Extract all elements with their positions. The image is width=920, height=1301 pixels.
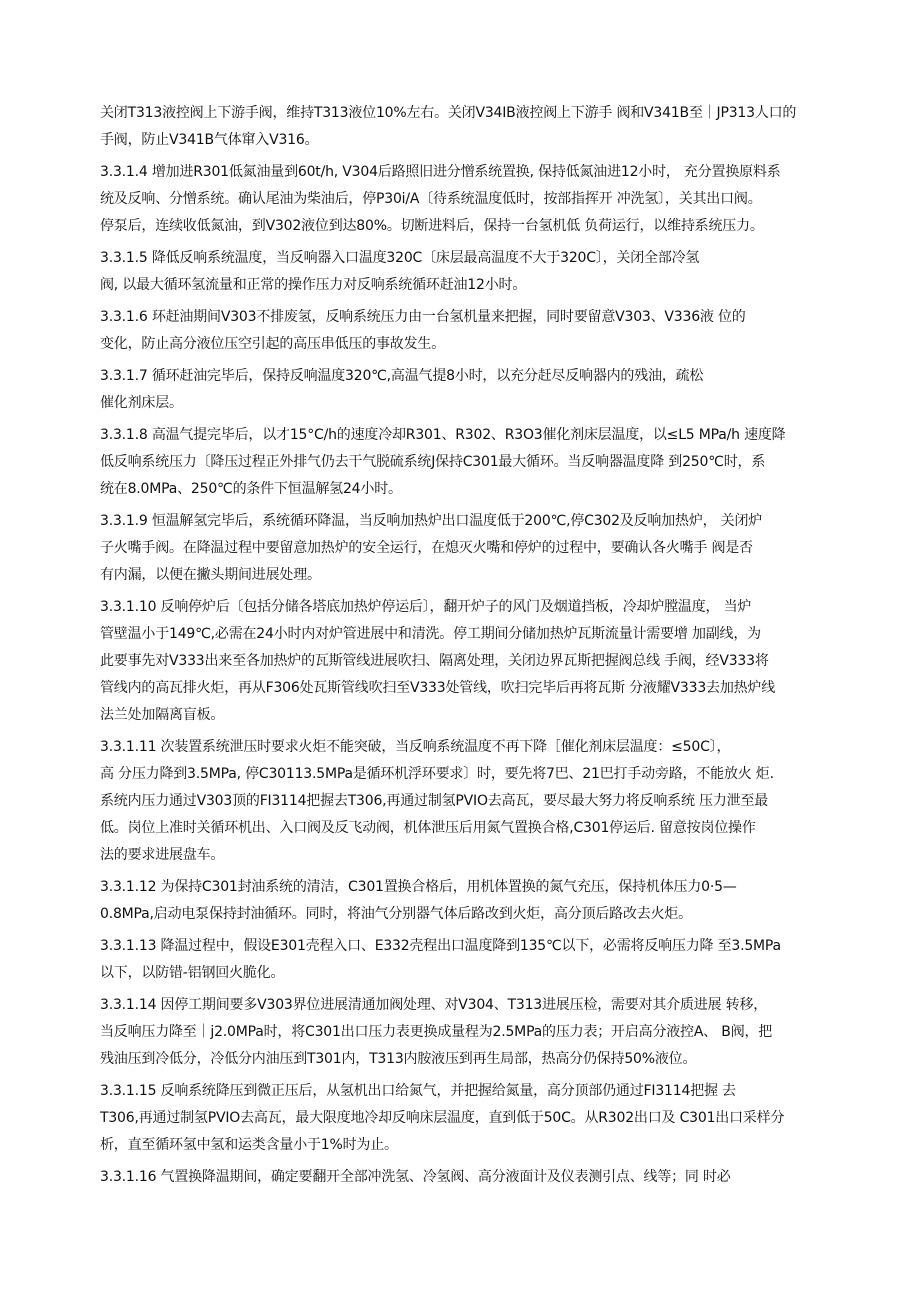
text-line: 3.3.1.16 气置换降温期间，确定要翻开全部冲洗氢、冷氢阀、高分液面计及仪表… — [100, 1164, 848, 1191]
paragraph-3-3-1-13: 3.3.1.13 降温过程中，假设E301壳程入口、E332壳程出口温度降到13… — [100, 933, 848, 987]
text-line: 3.3.1.15 反响系统降压到微正压后，从氢机出口给氮气，并把握给氮量，高分顶… — [100, 1078, 848, 1105]
paragraph-3-3-1-12: 3.3.1.12 为保持C301封油系统的清洁，C301置换合格后，用机体置换的… — [100, 874, 848, 928]
text-line: 当反响压力降至｜j2.0MPa时，将C301出口压力表更换成量程为2.5MPa的… — [100, 1019, 848, 1046]
paragraph-3-3-1-11: 3.3.1.11 次装置系统泄压时要求火炬不能突破，当反响系统温度不再下降［催化… — [100, 734, 848, 869]
text-line: T306,再通过制氢PVIO去高瓦，最大限度地冷却反响床层温度，直到低于50C。… — [100, 1105, 848, 1132]
text-line: 系统内压力通过V303顶的FI3114把握去T306,再通过制氢PVIO去高瓦，… — [100, 788, 848, 815]
text-line: 残油压到冷低分，冷低分内油压到T301内，T313内胺液压到再生局部，热高分仍保… — [100, 1046, 848, 1073]
text-line: 3.3.1.7 循环赶油完毕后，保持反响温度320℃,高温气提8小时，以充分赶尽… — [100, 363, 848, 390]
text-line: 阀, 以最大循环氢流量和正常的操作压力对反响系统循环赶油12小时。 — [100, 272, 848, 299]
paragraph-3-3-1-6: 3.3.1.6 环赶油期间V303不排废氢，反响系统压力由一台氢机量来把握，同时… — [100, 304, 848, 358]
paragraph-3-3-1-9: 3.3.1.9 恒温解氢完毕后，系统循环降温，当反响加热炉出口温度低于200℃,… — [100, 508, 848, 589]
text-line: 管线内的高瓦排火炬，再从F306处瓦斯管线吹扫至V333处管线，吹扫完毕后再将瓦… — [100, 675, 848, 702]
text-line: 管壁温小于149℃,必需在24小时内对炉管进展中和清洗。停工期间分储加热炉瓦斯流… — [100, 621, 848, 648]
text-line: 3.3.1.4 增加进R301低氮油量到60t/h, V304后路照旧进分憎系统… — [100, 159, 848, 186]
text-line: 3.3.1.12 为保持C301封油系统的清洁，C301置换合格后，用机体置换的… — [100, 874, 848, 901]
text-line: 子火嘴手阀。在降温过程中要留意加热炉的安全运行，在熄灭火嘴和停炉的过程中，要确认… — [100, 535, 848, 562]
text-line: 高 分压力降到3.5MPa, 停C30113.5MPa是循环机浮环要求〕时，要先… — [100, 761, 848, 788]
paragraph-3-3-1-15: 3.3.1.15 反响系统降压到微正压后，从氢机出口给氮气，并把握给氮量，高分顶… — [100, 1078, 848, 1159]
text-line: 统在8.0MPa、250℃的条件下恒温解氢24小时。 — [100, 476, 848, 503]
paragraph-continuation: 关闭T313液控阀上下游手阀，维持T313液位10%左右。关闭V34IB液控阀上… — [100, 100, 848, 154]
text-line: 此要事先对V333出来至各加热炉的瓦斯管线进展吹扫、隔离处理，关闭边界瓦斯把握阀… — [100, 648, 848, 675]
text-line: 手阀，防止V341B气体窜入V316。 — [100, 127, 848, 154]
text-line: 低反响系统压力〔降压过程正外排气仍去干气脱硫系统J保持C301最大循环。当反响器… — [100, 449, 848, 476]
paragraph-3-3-1-16: 3.3.1.16 气置换降温期间，确定要翻开全部冲洗氢、冷氢阀、高分液面计及仪表… — [100, 1164, 848, 1191]
text-line: 催化剂床层。 — [100, 390, 848, 417]
paragraph-3-3-1-10: 3.3.1.10 反响停炉后〔包括分储各塔底加热炉停运后〕，翻开炉子的风门及烟道… — [100, 594, 848, 729]
text-line: 有内漏，以便在撇头期间进展处理。 — [100, 562, 848, 589]
text-line: 法兰处加隔离盲板。 — [100, 702, 848, 729]
text-line: 3.3.1.13 降温过程中，假设E301壳程入口、E332壳程出口温度降到13… — [100, 933, 848, 960]
paragraph-3-3-1-5: 3.3.1.5 降低反响系统温度，当反响器入口温度320C〔床层最高温度不大于3… — [100, 245, 848, 299]
text-line: 析，直至循环氢中氢和运类含量小于1%时为止。 — [100, 1132, 848, 1159]
document-page: 关闭T313液控阀上下游手阀，维持T313液位10%左右。关闭V34IB液控阀上… — [100, 100, 848, 1196]
text-line: 0.8MPa,启动电泵保持封油循环。同时，将油气分别器气体后路改到火炬，高分顶后… — [100, 901, 848, 928]
text-line: 低。岗位上准时关循环机出、入口阀及反飞动阀，机体泄压后用氮气置换合格,C301停… — [100, 815, 848, 842]
text-line: 3.3.1.8 高温气提完毕后，以才15°C/h的速度冷却R301、R302、R… — [100, 422, 848, 449]
text-line: 统及反响、分憎系统。确认尾油为柴油后，停P30i/A〔待系统温度低时，按部指挥开… — [100, 186, 848, 213]
text-line: 法的要求进展盘车。 — [100, 842, 848, 869]
text-line: 关闭T313液控阀上下游手阀，维持T313液位10%左右。关闭V34IB液控阀上… — [100, 100, 848, 127]
paragraph-3-3-1-7: 3.3.1.7 循环赶油完毕后，保持反响温度320℃,高温气提8小时，以充分赶尽… — [100, 363, 848, 417]
text-line: 变化，防止高分液位压空引起的高压串低压的事故发生。 — [100, 331, 848, 358]
text-line: 停泵后，连续收低氮油，到V302液位到达80%。切断进料后，保持一台氢机低 负荷… — [100, 213, 848, 240]
text-line: 3.3.1.6 环赶油期间V303不排废氢，反响系统压力由一台氢机量来把握，同时… — [100, 304, 848, 331]
paragraph-3-3-1-8: 3.3.1.8 高温气提完毕后，以才15°C/h的速度冷却R301、R302、R… — [100, 422, 848, 503]
text-line: 3.3.1.9 恒温解氢完毕后，系统循环降温，当反响加热炉出口温度低于200℃,… — [100, 508, 848, 535]
text-line: 3.3.1.11 次装置系统泄压时要求火炬不能突破，当反响系统温度不再下降［催化… — [100, 734, 848, 761]
text-line: 3.3.1.10 反响停炉后〔包括分储各塔底加热炉停运后〕，翻开炉子的风门及烟道… — [100, 594, 848, 621]
paragraph-3-3-1-4: 3.3.1.4 增加进R301低氮油量到60t/h, V304后路照旧进分憎系统… — [100, 159, 848, 240]
text-line: 3.3.1.14 因停工期间要多V303界位进展清通加阀处理、对V304、T31… — [100, 992, 848, 1019]
paragraph-3-3-1-14: 3.3.1.14 因停工期间要多V303界位进展清通加阀处理、对V304、T31… — [100, 992, 848, 1073]
text-line: 3.3.1.5 降低反响系统温度，当反响器入口温度320C〔床层最高温度不大于3… — [100, 245, 848, 272]
text-line: 以下，以防错-铝钢回火脆化。 — [100, 960, 848, 987]
